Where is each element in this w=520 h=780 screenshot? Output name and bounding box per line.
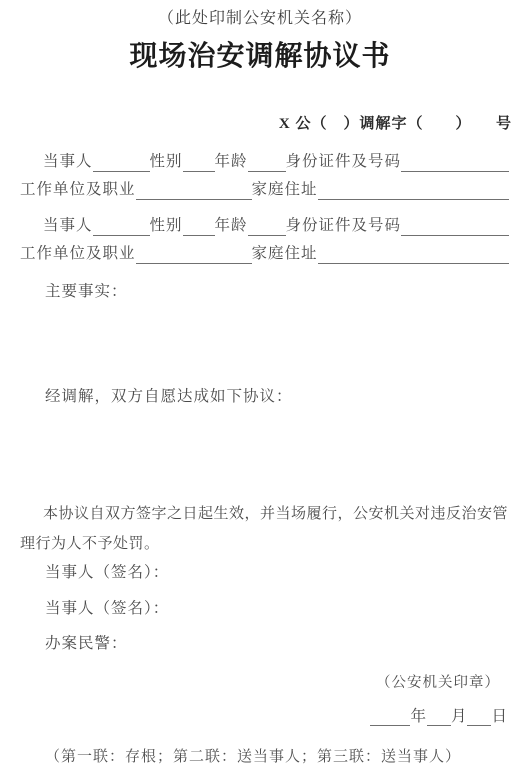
case-officer-label: 办案民警：	[45, 634, 128, 654]
party-name-blank	[93, 217, 150, 236]
mediation-agreement-document: （此处印制公安机关名称） 现场治安调解协议书 X 公（ ）调解字（ ） 号 当事…	[0, 0, 520, 780]
work-unit-blank	[136, 181, 252, 200]
party-section-2-row-2: 工作单位及职业 家庭住址	[20, 244, 509, 264]
party-signature-label-2: 当事人（签名）：	[45, 599, 169, 619]
agency-seal-note: （公安机关印章）	[376, 671, 500, 692]
date-line: 年 月 日	[370, 704, 508, 726]
party-name-label: 当事人	[43, 152, 93, 172]
work-unit-label: 工作单位及职业	[20, 180, 136, 200]
age-label: 年龄	[215, 216, 248, 236]
month-label: 月	[451, 704, 468, 726]
main-facts-label: 主要事实：	[45, 282, 128, 302]
party-section-2-row-1: 当事人 性别 年龄 身份证件及号码	[20, 216, 509, 236]
gender-blank	[183, 153, 215, 172]
gender-label: 性别	[150, 152, 183, 172]
home-address-blank	[318, 245, 509, 264]
year-blank	[370, 707, 410, 726]
home-address-label: 家庭住址	[252, 180, 318, 200]
age-blank	[248, 217, 286, 236]
year-label: 年	[410, 704, 427, 726]
gender-label: 性别	[150, 216, 183, 236]
age-label: 年龄	[215, 152, 248, 172]
id-number-label: 身份证件及号码	[286, 216, 402, 236]
agency-name-placeholder-note: （此处印制公安机关名称）	[0, 5, 520, 28]
party-signature-label-1: 当事人（签名）：	[45, 563, 169, 583]
gender-blank	[183, 217, 215, 236]
id-number-blank	[401, 217, 509, 236]
party-section-1-row-2: 工作单位及职业 家庭住址	[20, 180, 509, 200]
home-address-blank	[318, 181, 509, 200]
document-title: 现场治安调解协议书	[0, 34, 520, 74]
party-section-1-row-1: 当事人 性别 年龄 身份证件及号码	[20, 152, 509, 172]
home-address-label: 家庭住址	[252, 244, 318, 264]
day-blank	[467, 707, 491, 726]
effect-clause-text: 本协议自双方签字之日起生效，并当场履行，公安机关对违反治安管理行为人不予处罚。	[20, 499, 512, 559]
party-name-label: 当事人	[43, 216, 93, 236]
party-name-blank	[93, 153, 150, 172]
mediation-intro-text: 经调解，双方自愿达成如下协议：	[45, 387, 293, 407]
month-blank	[427, 707, 451, 726]
work-unit-label: 工作单位及职业	[20, 244, 136, 264]
copies-distribution-note: （第一联：存根；第二联：送当事人；第三联：送当事人）	[45, 745, 461, 766]
id-number-label: 身份证件及号码	[286, 152, 402, 172]
day-label: 日	[491, 704, 508, 726]
document-number-line: X 公（ ）调解字（ ） 号	[279, 112, 512, 133]
age-blank	[248, 153, 286, 172]
work-unit-blank	[136, 245, 252, 264]
id-number-blank	[401, 153, 509, 172]
